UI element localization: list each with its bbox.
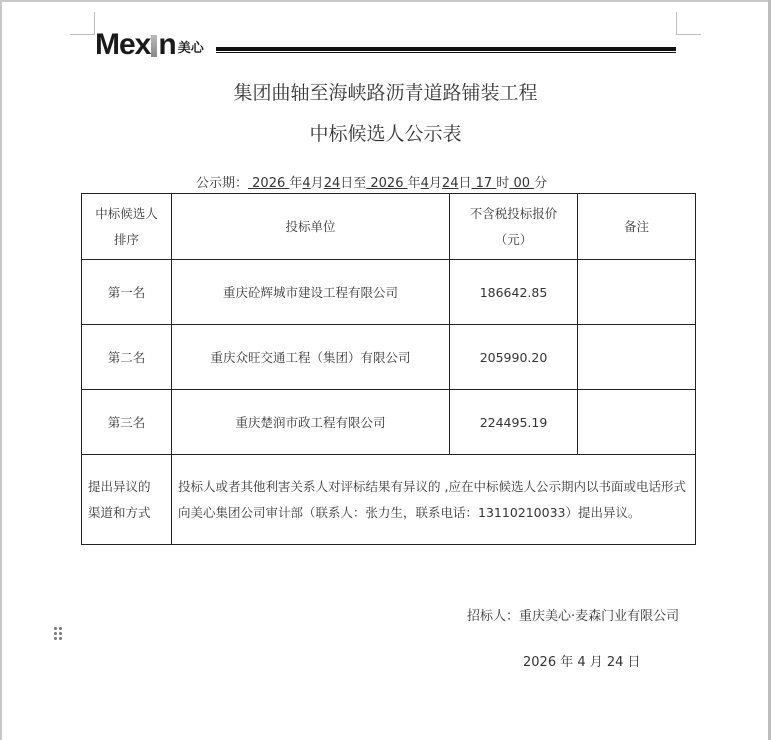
objection-row: 提出异议的渠道和方式 投标人或者其他利害关系人对评标结果有异议的 ,应在中标候选… [82,455,696,545]
period-unit: 分 [534,176,547,191]
page-top-edge [0,0,771,2]
cell-price: 186642.85 [450,260,578,325]
period-unit: 月 [311,176,324,191]
table-row: 第二名 重庆众旺交通工程（集团）有限公司 205990.20 [82,325,696,390]
cell-remarks [578,325,696,390]
period-unit: 年 [289,176,302,191]
period-end-day: 24 [442,176,459,191]
tenderer-signature: 招标人：重庆美心·麦森门业有限公司 [467,605,679,624]
header-rank: 中标候选人排序 [82,194,172,260]
table-row: 第一名 重庆砼辉城市建设工程有限公司 186642.85 [82,260,696,325]
header-price-line1: 不含税投标报价 [470,206,558,221]
candidates-table: 中标候选人排序 投标单位 不含税投标报价（元） 备注 第一名 重庆砼辉城市建设工… [81,193,696,545]
period-end-hour: 17 [471,176,496,191]
period-label: 公示期： [196,176,248,191]
header-remarks: 备注 [578,194,696,260]
period-end-month: 4 [421,176,429,191]
period-end-year: 2026 [366,176,407,191]
document-subtitle: 中标候选人公示表 [0,119,771,146]
crop-mark-top-right [676,12,701,35]
logo-text-pre: Mex [95,30,150,60]
header-rank-line2: 排序 [114,232,139,247]
cell-price: 205990.20 [450,325,578,390]
signature-date: 2026 年 4 月 24 日 [523,651,641,670]
header-price: 不含税投标报价（元） [450,194,578,260]
period-unit: 日 [458,176,471,191]
cell-rank: 第三名 [82,390,172,455]
publicity-period: 公示期： 2026 年4月24日至 2026 年4月24日 17 时 00 分 [196,172,547,191]
drag-handle-icon[interactable] [54,627,62,641]
cell-price: 224495.19 [450,390,578,455]
objection-label: 提出异议的渠道和方式 [82,455,172,545]
document-title: 集团曲轴至海峡路沥青道路铺装工程 [0,78,771,105]
header-bidder: 投标单位 [172,194,450,260]
cell-bidder: 重庆砼辉城市建设工程有限公司 [172,260,450,325]
logo-i-bar [151,35,157,57]
cell-bidder: 重庆楚润市政工程有限公司 [172,390,450,455]
table-header-row: 中标候选人排序 投标单位 不含税投标报价（元） 备注 [82,194,696,260]
cell-remarks [578,390,696,455]
logo-text-post: n [158,30,175,60]
header-rule-thick [216,47,676,51]
table-row: 第三名 重庆楚润市政工程有限公司 224495.19 [82,390,696,455]
period-unit: 年 [408,176,421,191]
crop-mark-top-left [70,12,95,35]
period-start-day: 24 [324,176,341,191]
page-left-edge [0,0,2,740]
period-unit: 月 [429,176,442,191]
period-unit: 时 [496,176,509,191]
cell-remarks [578,260,696,325]
logo-cn-text: 美心 [178,37,204,56]
header-price-line2: （元） [495,232,533,247]
header-rank-line1: 中标候选人 [95,206,158,221]
objection-text: 投标人或者其他利害关系人对评标结果有异议的 ,应在中标候选人公示期内以书面或电话… [172,455,696,545]
period-start-year: 2026 [248,176,289,191]
objection-label-line1: 提出异议的 [88,479,151,494]
period-unit: 日至 [340,176,366,191]
cell-bidder: 重庆众旺交通工程（集团）有限公司 [172,325,450,390]
period-start-month: 4 [302,176,310,191]
cell-rank: 第二名 [82,325,172,390]
period-end-minute: 00 [509,176,534,191]
cell-rank: 第一名 [82,260,172,325]
objection-label-line2: 渠道和方式 [88,505,151,520]
company-logo: Mex n 美心 [95,28,204,60]
header-rule-thin [216,52,676,53]
